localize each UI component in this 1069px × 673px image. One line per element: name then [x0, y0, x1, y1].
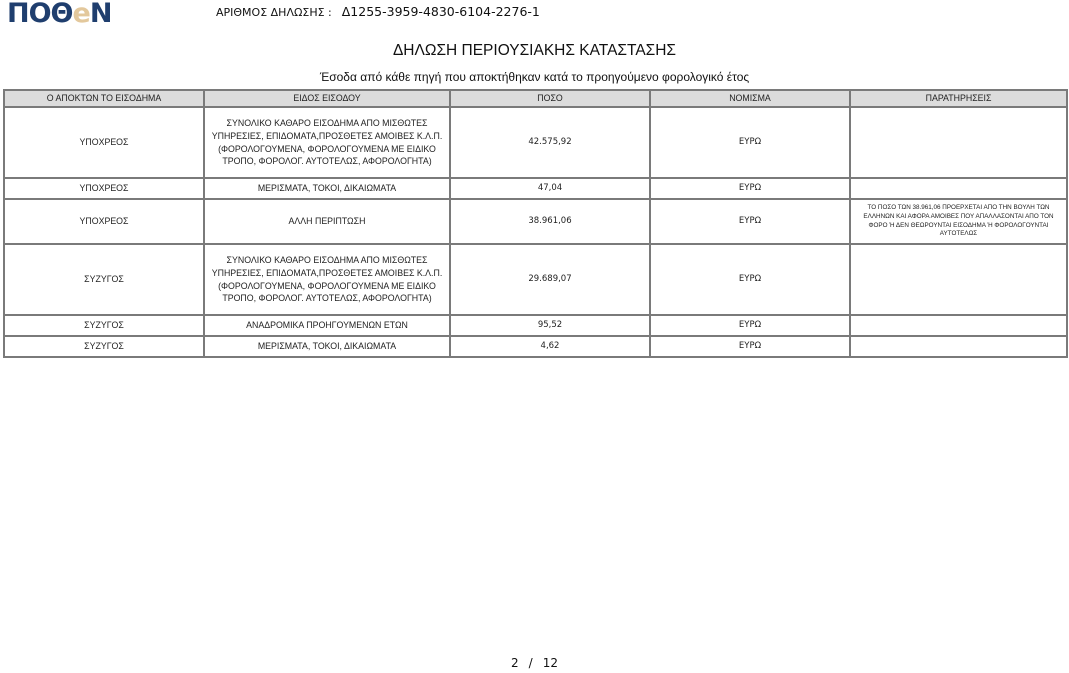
declaration-label: ΑΡΙΘΜΟΣ ΔΗΛΩΣΗΣ : [216, 6, 332, 19]
current-page: 2 [511, 656, 519, 670]
cell-currency: ΕΥΡΩ [650, 199, 850, 244]
page-separator: / [529, 656, 533, 670]
table-row: ΣΥΖΥΓΟΣ ΜΕΡΙΣΜΑΤΑ, ΤΟΚΟΙ, ΔΙΚΑΙΩΜΑΤΑ 4,6… [4, 336, 1067, 357]
column-header-recipient: Ο ΑΠΟΚΤΩΝ ΤΟ ΕΙΣΟΔΗΜΑ [4, 90, 204, 107]
cell-notes [850, 315, 1067, 336]
cell-amount: 29.689,07 [450, 244, 650, 315]
cell-currency: ΕΥΡΩ [650, 107, 850, 178]
column-header-notes: ΠΑΡΑΤΗΡΗΣΕΙΣ [850, 90, 1067, 107]
cell-recipient: ΥΠΟΧΡΕΟΣ [4, 107, 204, 178]
cell-currency: ΕΥΡΩ [650, 315, 850, 336]
cell-recipient: ΥΠΟΧΡΕΟΣ [4, 178, 204, 199]
cell-income-type: ΜΕΡΙΣΜΑΤΑ, ΤΟΚΟΙ, ΔΙΚΑΙΩΜΑΤΑ [204, 178, 450, 199]
page-indicator: 2/12 [0, 656, 1069, 670]
table-row: ΣΥΖΥΓΟΣ ΣΥΝΟΛΙΚΟ ΚΑΘΑΡΟ ΕΙΣΟΔΗΜΑ ΑΠΟ ΜΙΣ… [4, 244, 1067, 315]
cell-currency: ΕΥΡΩ [650, 244, 850, 315]
table-row: ΥΠΟΧΡΕΟΣ ΣΥΝΟΛΙΚΟ ΚΑΘΑΡΟ ΕΙΣΟΔΗΜΑ ΑΠΟ ΜΙ… [4, 107, 1067, 178]
logo-text-part2: Ν [90, 0, 112, 28]
cell-income-type: ΜΕΡΙΣΜΑΤΑ, ΤΟΚΟΙ, ΔΙΚΑΙΩΜΑΤΑ [204, 336, 450, 357]
cell-recipient: ΥΠΟΧΡΕΟΣ [4, 199, 204, 244]
table-row: ΥΠΟΧΡΕΟΣ ΑΛΛΗ ΠΕΡΙΠΤΩΣΗ 38.961,06 ΕΥΡΩ Τ… [4, 199, 1067, 244]
cell-income-type: ΣΥΝΟΛΙΚΟ ΚΑΘΑΡΟ ΕΙΣΟΔΗΜΑ ΑΠΟ ΜΙΣΘΩΤΕΣ ΥΠ… [204, 244, 450, 315]
income-table: Ο ΑΠΟΚΤΩΝ ΤΟ ΕΙΣΟΔΗΜΑ ΕΙΔΟΣ ΕΙΣΟΔΟΥ ΠΟΣΟ… [3, 89, 1068, 358]
cell-currency: ΕΥΡΩ [650, 178, 850, 199]
document-subtitle: Έσοδα από κάθε πηγή που αποκτήθηκαν κατά… [0, 70, 1069, 84]
column-header-amount: ΠΟΣΟ [450, 90, 650, 107]
cell-amount: 38.961,06 [450, 199, 650, 244]
cell-amount: 95,52 [450, 315, 650, 336]
declaration-number-line: ΑΡΙΘΜΟΣ ΔΗΛΩΣΗΣ : Δ1255-3959-4830-6104-2… [216, 4, 540, 19]
cell-notes: ΤΟ ΠΟΣΟ ΤΩΝ 38.961,06 ΠΡΟΕΡΧΕΤΑΙ ΑΠΟ ΤΗΝ… [850, 199, 1067, 244]
column-header-currency: ΝΟΜΙΣΜΑ [650, 90, 850, 107]
logo-text-part1: ΠΟΘ [7, 0, 73, 28]
total-pages: 12 [543, 656, 558, 670]
cell-notes [850, 107, 1067, 178]
declaration-number: Δ1255-3959-4830-6104-2276-1 [342, 4, 540, 19]
table-header-row: Ο ΑΠΟΚΤΩΝ ΤΟ ΕΙΣΟΔΗΜΑ ΕΙΔΟΣ ΕΙΣΟΔΟΥ ΠΟΣΟ… [4, 90, 1067, 107]
cell-income-type: ΑΛΛΗ ΠΕΡΙΠΤΩΣΗ [204, 199, 450, 244]
cell-amount: 42.575,92 [450, 107, 650, 178]
table-row: ΣΥΖΥΓΟΣ ΑΝΑΔΡΟΜΙΚΑ ΠΡΟΗΓΟΥΜΕΝΩΝ ΕΤΩΝ 95,… [4, 315, 1067, 336]
logo-text-accent: e [73, 0, 90, 28]
cell-recipient: ΣΥΖΥΓΟΣ [4, 315, 204, 336]
cell-amount: 4,62 [450, 336, 650, 357]
cell-income-type: ΣΥΝΟΛΙΚΟ ΚΑΘΑΡΟ ΕΙΣΟΔΗΜΑ ΑΠΟ ΜΙΣΘΩΤΕΣ ΥΠ… [204, 107, 450, 178]
table-row: ΥΠΟΧΡΕΟΣ ΜΕΡΙΣΜΑΤΑ, ΤΟΚΟΙ, ΔΙΚΑΙΩΜΑΤΑ 47… [4, 178, 1067, 199]
cell-notes [850, 178, 1067, 199]
cell-recipient: ΣΥΖΥΓΟΣ [4, 336, 204, 357]
column-header-income-type: ΕΙΔΟΣ ΕΙΣΟΔΟΥ [204, 90, 450, 107]
cell-amount: 47,04 [450, 178, 650, 199]
document-title: ΔΗΛΩΣΗ ΠΕΡΙΟΥΣΙΑΚΗΣ ΚΑΤΑΣΤΑΣΗΣ [0, 42, 1069, 60]
cell-currency: ΕΥΡΩ [650, 336, 850, 357]
logo: ΠΟΘeΝ [7, 0, 111, 28]
cell-notes [850, 244, 1067, 315]
cell-recipient: ΣΥΖΥΓΟΣ [4, 244, 204, 315]
cell-income-type: ΑΝΑΔΡΟΜΙΚΑ ΠΡΟΗΓΟΥΜΕΝΩΝ ΕΤΩΝ [204, 315, 450, 336]
cell-notes [850, 336, 1067, 357]
